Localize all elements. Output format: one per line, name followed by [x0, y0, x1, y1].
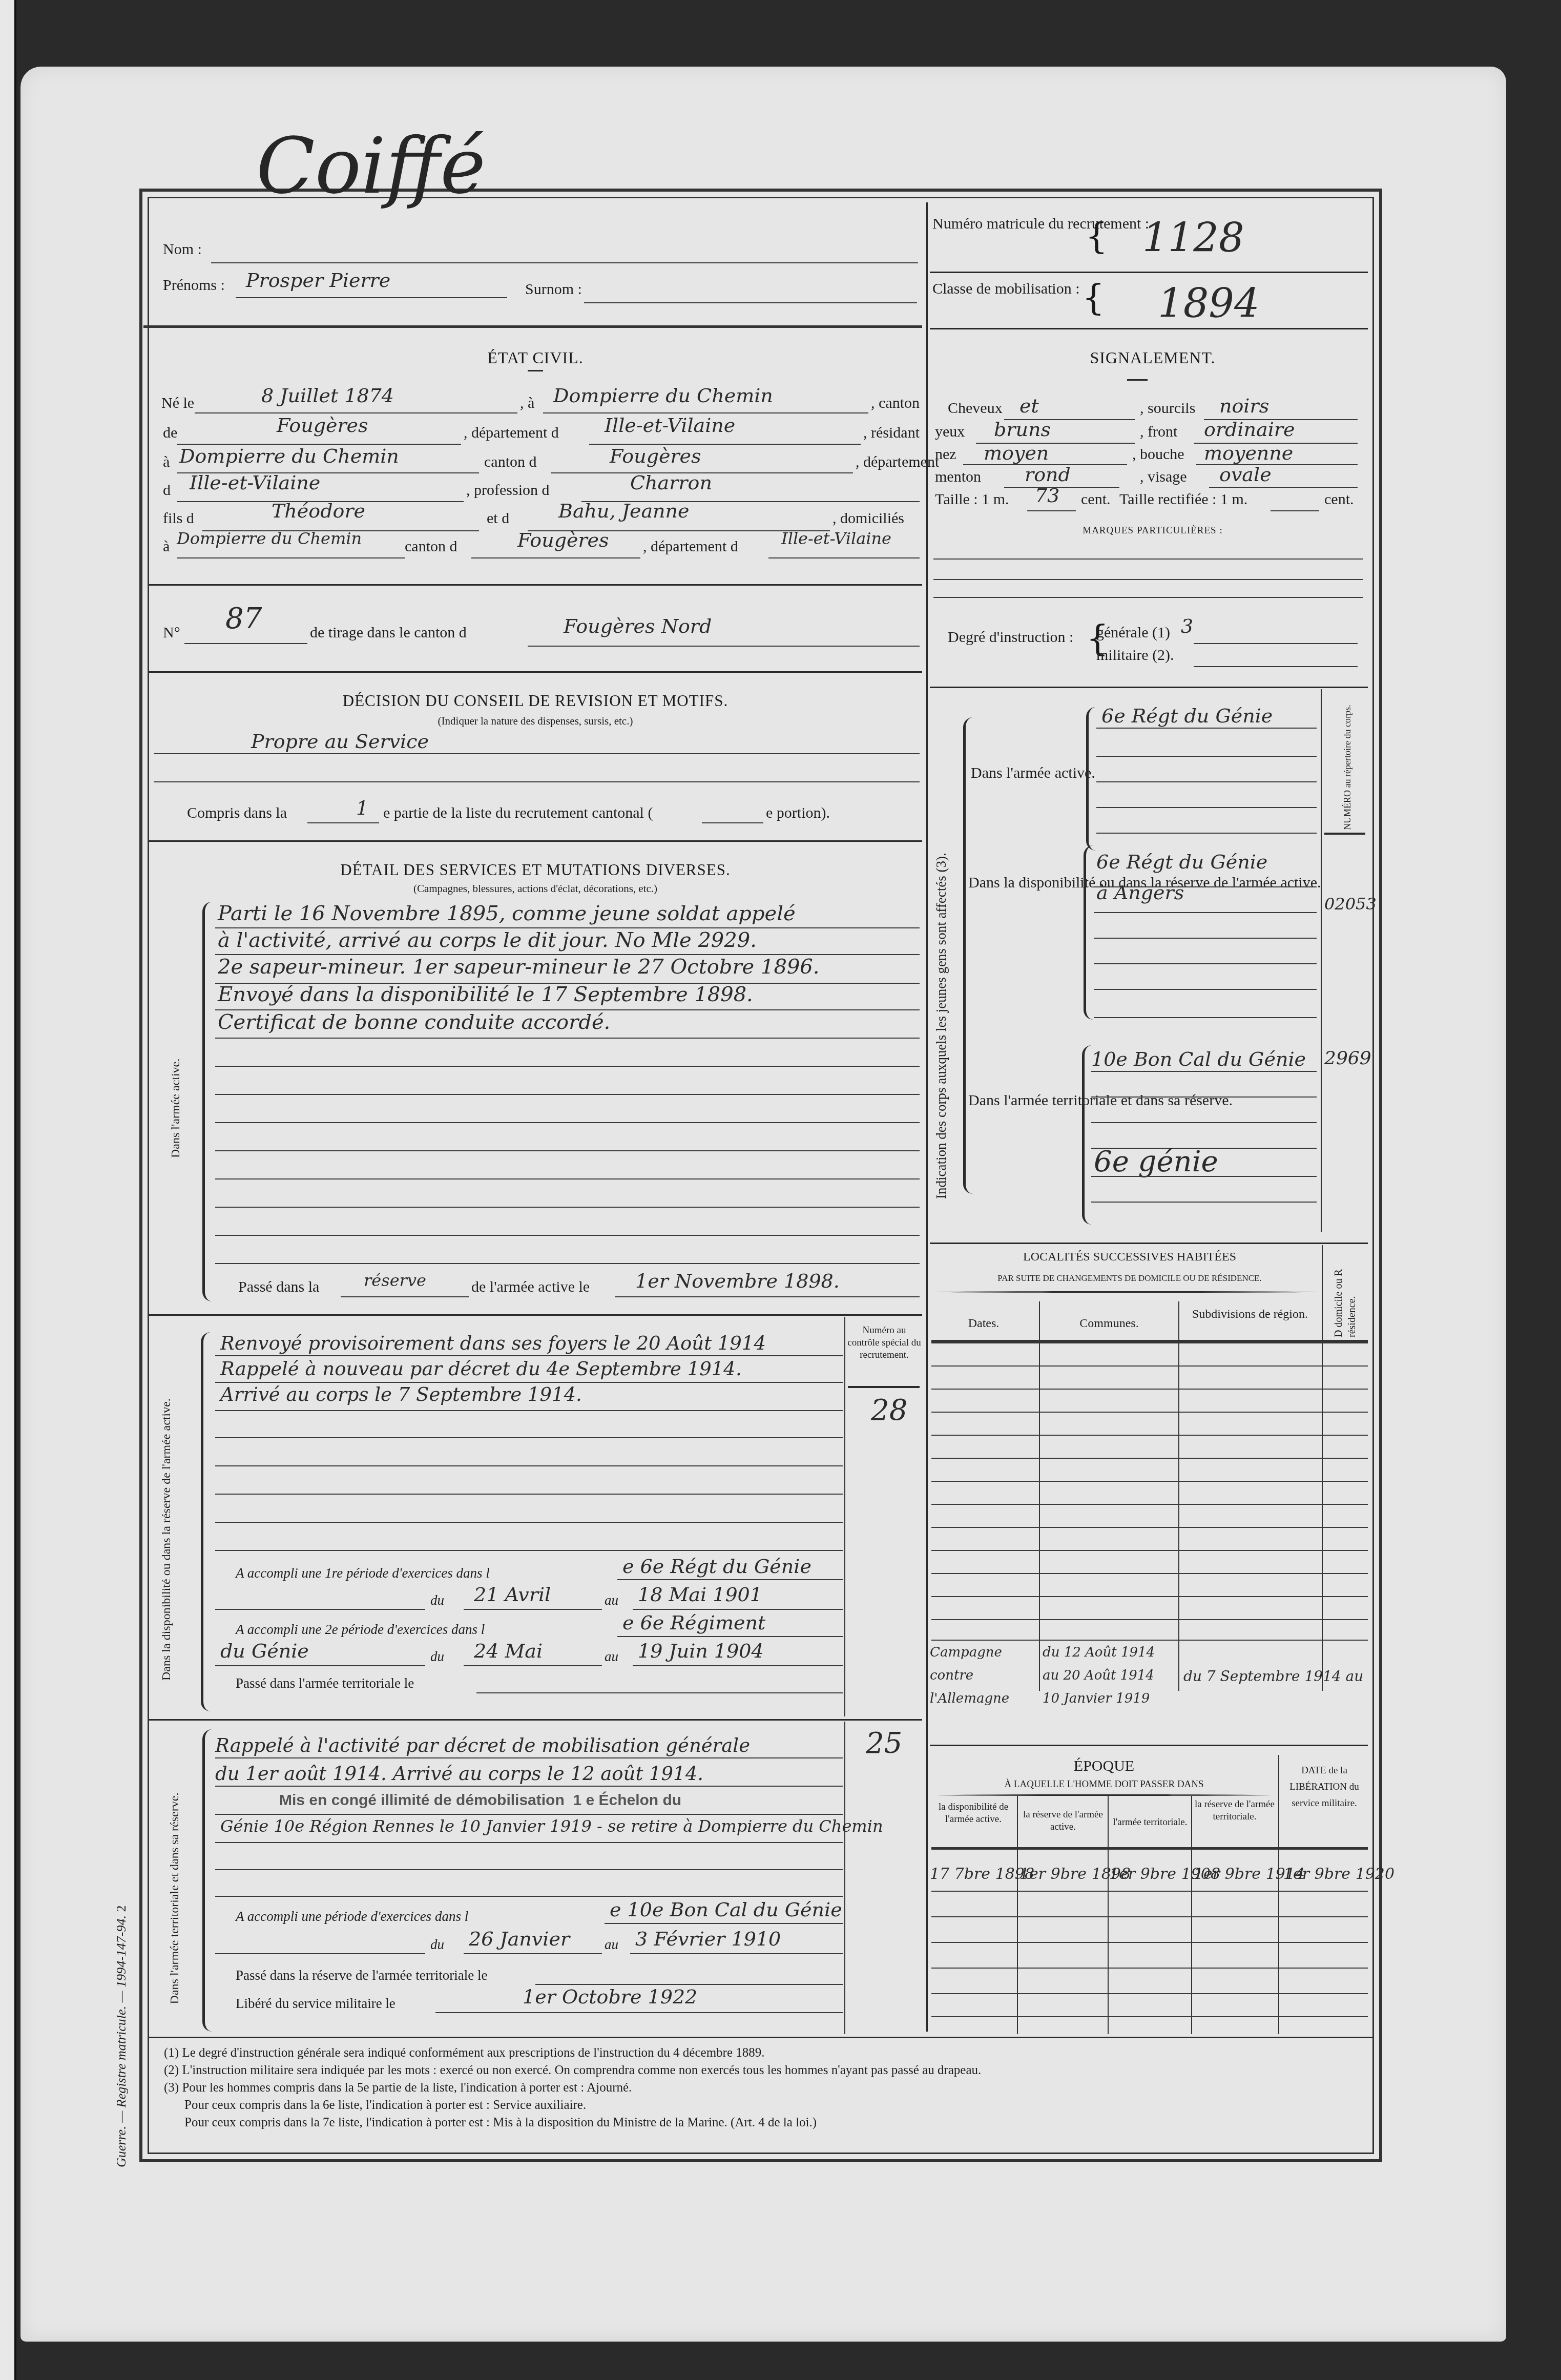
periode2-corps: e 6e Régiment: [622, 1611, 765, 1634]
col-communes: Communes.: [1040, 1317, 1178, 1331]
domicile-canton: Fougères: [517, 529, 609, 551]
bouche-value: moyenne: [1204, 442, 1293, 464]
front-value: ordinaire: [1204, 418, 1295, 441]
affect-dispo-line-1: 6e Régt du Génie: [1096, 851, 1267, 873]
profession: Charron: [630, 471, 712, 494]
prenoms-label: Prénoms :: [163, 277, 225, 294]
service-active-line-5: Certificat de bonne conduite accordé.: [218, 1010, 610, 1034]
cheveux-value: et: [1019, 395, 1039, 417]
nom-label: Nom :: [163, 241, 202, 258]
liberation-header: DATE de la LIBÉRATION du service militai…: [1281, 1763, 1368, 1812]
affect-territoriale-label: Dans l'armée territoriale et dans sa rés…: [968, 1091, 1081, 1110]
controle-value-2: 25: [866, 1727, 902, 1760]
service-reserve-line-2: Rappelé à nouveau par décret du 4e Septe…: [220, 1358, 742, 1380]
footnotes: (1) Le degré d'instruction générale sera…: [164, 2044, 981, 2131]
affect-disponibilite-label: Dans la disponibilité ou dans la réserve…: [968, 874, 1086, 892]
numero-matricule-label: Numéro matricule du recrutement :: [932, 214, 1071, 234]
col-domicile-residence: D domicile ou R résidence.: [1332, 1245, 1359, 1337]
visage-value: ovale: [1219, 463, 1272, 486]
services-subtitle: (Campagnes, blessures, actions d'éclat, …: [149, 882, 922, 895]
affect-active-line-1: 6e Régt du Génie: [1101, 705, 1273, 727]
domicile-departement: Ille-et-Vilaine: [781, 529, 891, 548]
periode1-corps: e 6e Régt du Génie: [622, 1555, 811, 1578]
campagne-date-3: 10 Janvier 1919: [1043, 1691, 1150, 1706]
campagne-date-2: au 20 Août 1914: [1043, 1668, 1154, 1683]
service-terr-line-2: du 1er août 1914. Arrivé au corps le 12 …: [215, 1763, 703, 1785]
etat-civil-title: ÉTAT CIVIL.: [149, 348, 922, 367]
menton-value: rond: [1025, 463, 1071, 486]
localites-subtitle: PAR SUITE DE CHANGEMENTS DE DOMICILE OU …: [930, 1273, 1329, 1284]
domicile: Dompierre du Chemin: [177, 529, 362, 548]
footnote-2: (2) L'instruction militaire sera indiqué…: [164, 2062, 981, 2079]
active-side-label: Dans l'armée active.: [169, 1059, 183, 1158]
marques-label: MARQUES PARTICULIÈRES :: [932, 525, 1373, 536]
campagne-label-2: contre: [930, 1668, 973, 1683]
service-active-line-1: Parti le 16 Novembre 1895, comme jeune s…: [218, 902, 796, 925]
residence-canton: Fougères: [610, 445, 701, 467]
service-terr-line-3: Génie 10e Région Rennes le 10 Janvier 19…: [220, 1816, 883, 1836]
footnote-3: (3) Pour les hommes compris dans la 5e p…: [164, 2079, 981, 2097]
service-active-line-2: à l'activité, arrivé au corps le dit jou…: [218, 928, 757, 952]
classe-label: Classe de mobilisation :: [932, 279, 1071, 299]
col-subdivisions: Subdivisions de région.: [1178, 1307, 1322, 1322]
campagne-extra: du 7 Septembre 1914 au: [1183, 1668, 1363, 1685]
controle-value-1: 28: [871, 1394, 907, 1427]
epoque-col-reserve-territoriale: la réserve de l'armée territoriale.: [1194, 1798, 1276, 1823]
periode1-du: 21 Avril: [474, 1583, 551, 1606]
passe-reserve-date: 1er Novembre 1898.: [635, 1270, 840, 1292]
service-active-line-4: Envoyé dans la disponibilité le 17 Septe…: [218, 983, 753, 1006]
passe-reserve-type: réserve: [364, 1271, 426, 1290]
decision-subtitle: (Indiquer la nature des dispenses, sursi…: [149, 715, 922, 728]
epoque-col-territoriale: l'armée territoriale.: [1109, 1816, 1191, 1829]
reserve-side-label: Dans la disponibilité ou dans la réserve…: [156, 1398, 177, 1681]
residence-departement: Ille-et-Vilaine: [190, 471, 320, 494]
libere-value: 1er Octobre 1922: [523, 1985, 697, 2008]
book-spine-edge: [0, 0, 16, 2380]
compris-partie: 1: [356, 797, 368, 819]
periode3-corps: e 10e Bon Cal du Génie: [610, 1898, 842, 1921]
periode2-du: 24 Mai: [474, 1640, 543, 1662]
tirage-numero: 87: [225, 602, 262, 635]
service-reserve-line-3: Arrivé au corps le 7 Septembre 1914.: [220, 1383, 582, 1405]
taille-value: 73: [1035, 484, 1059, 507]
sourcils-value: noirs: [1219, 395, 1269, 417]
affect-terr-line-1: 10e Bon Cal du Génie: [1091, 1048, 1306, 1070]
affect-terr-line-4: 6e génie: [1094, 1145, 1218, 1178]
pere: Théodore: [272, 500, 365, 522]
footnote-5: Pour ceux compris dans la 7e liste, l'in…: [164, 2114, 981, 2131]
affect-terr-numero: 2969: [1324, 1048, 1371, 1069]
classe-value: 1894: [1158, 281, 1260, 327]
controle-header: Numéro au contrôle spécial du recrutemen…: [846, 1324, 922, 1361]
campagne-date-1: du 12 Août 1914: [1043, 1645, 1155, 1660]
nom-value: Coiffé: [256, 128, 486, 205]
side-imprint: Guerre. — Registre matricule. — 1994-147…: [114, 1905, 129, 2167]
periode2-corps-cont: du Génie: [220, 1640, 309, 1662]
lieu-naissance: Dompierre du Chemin: [553, 384, 773, 407]
affect-active-label: Dans l'armée active.: [971, 763, 1089, 783]
residence: Dompierre du Chemin: [179, 445, 399, 467]
affectations-side-label: Indication des corps auxquels les jeunes…: [933, 853, 949, 1199]
localites-title: LOCALITÉS SUCCESSIVES HABITÉES: [930, 1250, 1329, 1264]
demobilisation-stamp: Mis en congé illimité de démobilisation …: [279, 1792, 681, 1809]
periode3-du: 26 Janvier: [469, 1928, 570, 1950]
mere: Bahu, Jeanne: [558, 500, 690, 522]
date-naissance: 8 Juillet 1874: [261, 384, 394, 407]
epoque-val-disponibilite: 17 7bre 1898: [930, 1865, 1034, 1883]
periode3-au: 3 Février 1910: [635, 1928, 781, 1950]
service-reserve-line-1: Renvoyé provisoirement dans ses foyers l…: [220, 1332, 766, 1354]
numero-repertoire-header: NUMÉRO au répertoire du corps.: [1342, 705, 1353, 830]
footnote-1: (1) Le degré d'instruction générale sera…: [164, 2044, 981, 2062]
epoque-col-disponibilite: la disponibilité de l'armée active.: [930, 1801, 1017, 1826]
surnom-label: Surnom :: [525, 281, 582, 298]
yeux-value: bruns: [994, 418, 1051, 441]
tirage-canton: Fougères Nord: [564, 615, 712, 637]
services-title: DÉTAIL DES SERVICES ET MUTATIONS DIVERSE…: [149, 861, 922, 879]
epoque-title: ÉPOQUE: [930, 1757, 1278, 1775]
decision-value: Propre au Service: [251, 730, 429, 753]
epoque-col-reserve-active: la réserve de l'armée active.: [1019, 1809, 1107, 1833]
service-terr-line-1: Rappelé à l'activité par décret de mobil…: [215, 1734, 750, 1756]
periode2-au: 19 Juin 1904: [638, 1640, 764, 1662]
signalement-title: SIGNALEMENT.: [932, 348, 1373, 367]
instruction-generale-value: 3: [1181, 615, 1193, 637]
liberation-value: 1er 9bre 1920: [1283, 1865, 1395, 1883]
instruction-label: Degré d'instruction :: [948, 628, 1040, 647]
epoque-subtitle: À LAQUELLE L'HOMME DOIT PASSER DANS: [930, 1779, 1278, 1790]
decision-title: DÉCISION DU CONSEIL DE REVISION ET MOTIF…: [149, 692, 922, 710]
canton-naissance: Fougères: [277, 414, 368, 437]
footnote-4: Pour ceux compris dans la 6e liste, l'in…: [164, 2097, 981, 2114]
campagne-label-1: Campagne: [930, 1645, 1002, 1660]
territoriale-side-label: Dans l'armée territoriale et dans sa rés…: [165, 1788, 184, 2009]
numero-matricule-value: 1128: [1142, 215, 1244, 261]
departement-naissance: Ille-et-Vilaine: [605, 414, 735, 437]
col-dates: Dates.: [930, 1317, 1037, 1331]
prenoms-value: Prosper Pierre: [246, 269, 390, 292]
nez-value: moyen: [984, 442, 1049, 464]
campagne-label-3: l'Allemagne: [930, 1691, 1009, 1706]
affect-dispo-numero: 02053: [1324, 894, 1377, 914]
periode1-au: 18 Mai 1901: [638, 1583, 762, 1606]
service-active-line-3: 2e sapeur-mineur. 1er sapeur-mineur le 2…: [218, 955, 820, 979]
affect-dispo-line-2: à Angers: [1096, 881, 1184, 904]
